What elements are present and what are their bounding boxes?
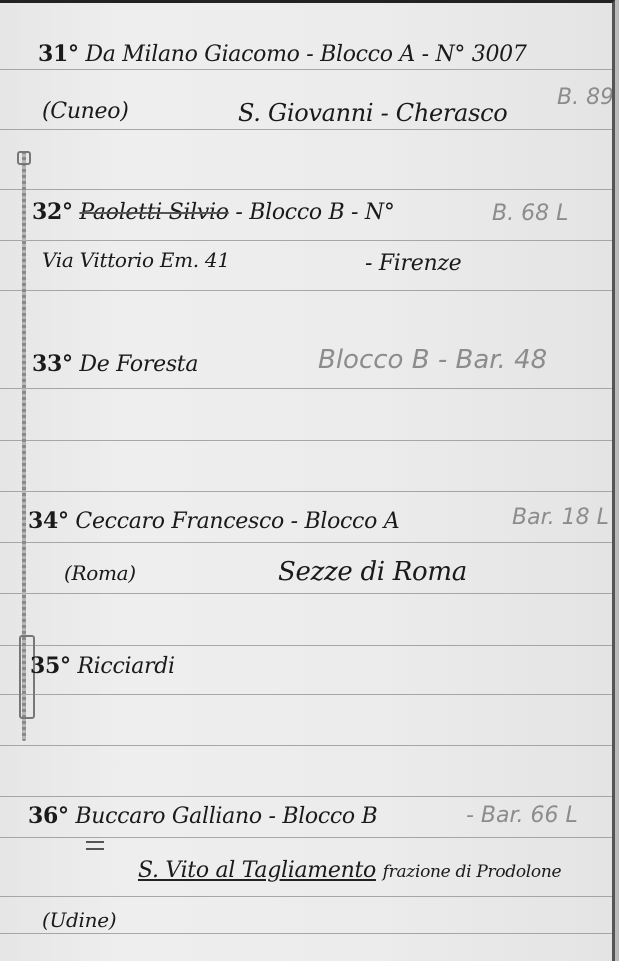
rule-line [0, 290, 612, 291]
entry-number: 34° [28, 508, 69, 534]
ledger-page: 31° Da Milano Giacomo - Blocco A - N° 30… [0, 0, 615, 961]
rule-line [0, 240, 612, 241]
rule-line [0, 645, 612, 646]
rule-line [0, 189, 612, 190]
rule-line [0, 542, 612, 543]
rule-line [0, 796, 612, 797]
thread-knot [17, 151, 31, 165]
entry-35-line1: 35° Ricciardi [30, 653, 175, 679]
entry-36-line1: 36° Buccaro Galliano - Blocco B [28, 803, 377, 829]
pencil-note: B. 89 [557, 85, 614, 110]
entry-number: 31° [38, 41, 79, 67]
entry-town: - Firenze [365, 251, 461, 276]
entry-31-line1: 31° Da Milano Giacomo - Blocco A - N° 30… [38, 41, 527, 67]
entry-address: Via Vittorio Em. 41 [42, 248, 230, 272]
entry-province: (Cuneo) [42, 99, 129, 124]
rule-line [0, 388, 612, 389]
entry-number: 32° [32, 199, 73, 225]
entry-33-line1: 33° De Foresta [32, 351, 198, 377]
entry-text: Ceccaro Francesco - Blocco A [75, 509, 399, 534]
entry-number: 35° [30, 653, 71, 679]
entry-number: 36° [28, 803, 69, 829]
rule-line [0, 896, 612, 897]
pencil-note: B. 68 L [492, 201, 568, 226]
entry-town: S. Vito al Tagliamento [138, 858, 376, 883]
rule-line [0, 440, 612, 441]
pencil-note: Bar. 18 L [512, 505, 609, 530]
entry-text: - Blocco B - N° [235, 200, 394, 225]
entry-36-line2: S. Vito al Tagliamento frazione di Prodo… [138, 858, 561, 883]
entry-province: (Udine) [42, 908, 116, 932]
rule-line [0, 837, 612, 838]
entry-text: Ricciardi [77, 654, 174, 679]
rule-line [0, 745, 612, 746]
entry-frazione: frazione di Prodolone [383, 862, 562, 882]
pencil-note: Blocco B - Bar. 48 [318, 345, 547, 375]
pencil-note: - Bar. 66 L [466, 803, 578, 828]
entry-town: S. Giovanni - Cherasco [238, 99, 507, 127]
entry-32-line1: 32° Paoletti Silvio - Blocco B - N° [32, 199, 395, 225]
rule-line [0, 491, 612, 492]
entry-number: 33° [32, 351, 73, 377]
entry-text: Da Milano Giacomo - Blocco A - N° 3007 [85, 42, 526, 67]
entry-text: De Foresta [79, 352, 198, 377]
rule-line [0, 593, 612, 594]
rule-line [0, 69, 612, 70]
double-underline-mark [86, 841, 104, 850]
struck-name: Paoletti Silvio [79, 200, 228, 225]
rule-line [0, 933, 612, 934]
rule-line [0, 694, 612, 695]
entry-34-line1: 34° Ceccaro Francesco - Blocco A [28, 508, 399, 534]
entry-province: (Roma) [64, 561, 136, 585]
entry-text: Buccaro Galliano - Blocco B [75, 804, 377, 829]
entry-town: Sezze di Roma [278, 557, 467, 587]
rule-line [0, 129, 612, 130]
